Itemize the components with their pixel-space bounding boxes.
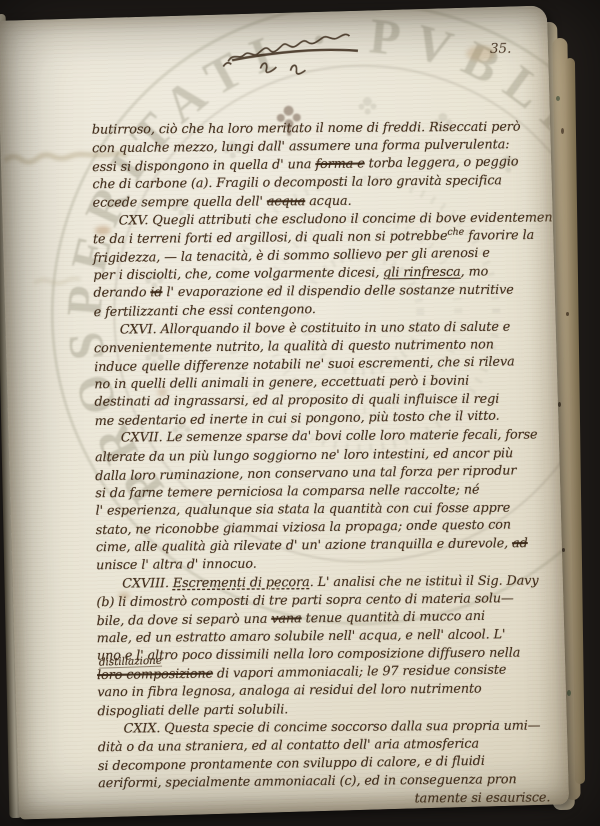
manuscript-line: tamente si esaurisce.	[98, 790, 556, 811]
text-segment: tamente si esaurisce.	[415, 791, 551, 807]
handwritten-text: butirroso, ciò che ha loro meritato il n…	[92, 118, 557, 812]
paragraph-intro: butirroso, ciò che ha loro meritato il n…	[92, 118, 551, 213]
text-segment: per i disciolti, che, come volgarmente d…	[93, 266, 383, 284]
text-segment: bile, da dove si separò una	[97, 612, 272, 629]
text-segment: di vapori ammoniacali; le 97 residue con…	[213, 663, 507, 682]
paragraph-cxv: CXV. Quegli attributi che escludono il c…	[93, 209, 552, 322]
text-segment-underlined: gli rinfresca	[383, 265, 461, 281]
text-segment: CXIX. Questa specie di concime soccorso …	[124, 718, 541, 736]
text-segment: convenientemente nutrito, la qualità di …	[94, 337, 494, 356]
text-segment: eccede sempre quella dell'	[93, 194, 267, 210]
text-segment: cime, alle qualità già rilevate d' un' a…	[96, 536, 512, 555]
interlinear-insertion: che	[447, 226, 464, 237]
text-segment: frigidezza, — la tenacità, è di sommo so…	[93, 246, 490, 266]
paragraph-cxvii: CXVII. Le semenze sparse da' bovi colle …	[95, 426, 554, 576]
text-segment: dispogliati delle parti solubili.	[97, 702, 288, 719]
interlinear-insertion: distillazione	[99, 656, 162, 669]
text-segment: si da farne temere perniciosa la compars…	[95, 482, 479, 501]
text-segment: butirroso, ciò che ha loro meritato il n…	[92, 120, 521, 138]
fore-edge-ink-speck	[566, 312, 569, 316]
text-segment: no in quelli delli animali in genere, ec…	[94, 374, 469, 393]
text-segment: essi si dispongono in quella d' una	[92, 157, 315, 175]
text-segment: . L' analisi che ne istituì il Sig. Davy	[310, 573, 539, 590]
text-segment-struck: vana	[271, 611, 302, 626]
text-segment: acqua.	[305, 193, 351, 208]
text-segment-underlined: Escrementi di pecora	[173, 575, 310, 591]
text-segment: derando	[93, 286, 150, 301]
manuscript-page: PROSPERITATI · PVBLICAE	[0, 5, 569, 819]
text-segment: CXVII. Le semenze sparse da' bovi colle …	[121, 428, 538, 446]
fore-edge-ink-speck	[567, 690, 571, 696]
paragraph-cxix: CXIX. Questa specie di concime soccorso …	[98, 716, 557, 811]
text-segment: aeriformi, specialmente ammoniacali (c),…	[98, 772, 517, 791]
page-number: 35.	[490, 41, 512, 57]
paragraph-cxvi: CXVI. Allorquando il bove è costituito i…	[94, 317, 553, 430]
text-segment: l' esperienza, qualunque sia stata la qu…	[96, 501, 511, 519]
text-segment: destinati ad ingrassarsi, ed al proposit…	[94, 392, 499, 410]
text-segment: vano in fibra legnosa, analoga ai residu…	[97, 682, 481, 701]
text-segment-struck: id	[150, 285, 162, 300]
header-inscription-scribble	[223, 34, 359, 76]
text-segment: favorire la	[464, 228, 534, 244]
text-segment: torba leggera, o peggio	[365, 155, 519, 172]
text-segment: unisce l' altra d' innocuo.	[96, 557, 257, 574]
text-segment: CXVI. Allorquando il bove è costituito i…	[120, 319, 511, 337]
text-segment-struck: forma e	[315, 157, 364, 173]
text-segment: (b) li dimostrò composti di tre parti so…	[96, 591, 513, 610]
text-segment: CXV. Quegli attributi che escludono il c…	[119, 210, 553, 228]
text-segment: dità o da una straniera, ed al contatto …	[98, 736, 479, 755]
text-segment: l' evaporazione ed il dispendio delle so…	[162, 283, 513, 301]
text-segment: , mo	[461, 265, 489, 280]
text-segment: che di carbone (a). Fragili o decomposti…	[92, 174, 502, 193]
manuscript-photo: PROSPERITATI · PVBLICAE	[0, 0, 600, 826]
text-segment: alterate da un più lungo soggiorno ne' l…	[95, 446, 513, 465]
text-segment: tenue quantità di mucco ani	[302, 609, 485, 626]
text-segment-struck: acqua	[267, 194, 305, 209]
fore-edge-ink-speck	[558, 402, 561, 407]
text-segment: e fertilizzanti che essi contengono.	[94, 303, 316, 321]
paragraph-cxviii: CXVIII. Escrementi di pecora. L' analisi…	[96, 571, 555, 721]
fore-edge-ink-speck	[561, 128, 564, 134]
text-segment-struck: ad	[512, 536, 528, 551]
text-segment: si decompone prontamente con sviluppo di…	[98, 754, 485, 774]
text-segment: male, ed un estratto amaro solubile nell…	[97, 627, 506, 646]
text-segment: CXVIII.	[122, 576, 173, 591]
text-segment-struck: loro composizione	[97, 667, 213, 684]
fore-edge-ink-speck	[556, 96, 560, 101]
text-segment: te da i terreni forti ed argillosi, di q…	[93, 229, 448, 247]
fore-edge-ink-speck	[562, 548, 565, 552]
